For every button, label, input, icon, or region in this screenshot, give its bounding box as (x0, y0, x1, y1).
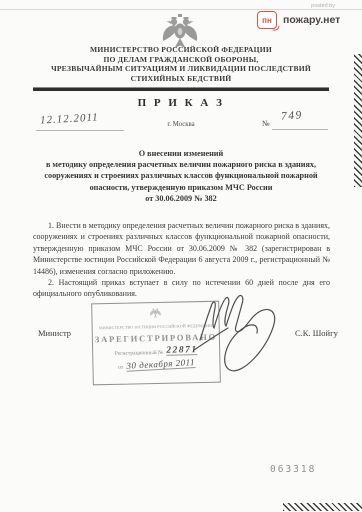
stamp-reg-date-handwritten: 30 декабря 2011 (126, 358, 195, 372)
ministry-line: СТИХИЙНЫХ БЕДСТВИЙ (0, 74, 362, 84)
ministry-line: ЧРЕЗВЫЧАЙНЫМ СИТУАЦИЯМ И ЛИКВИДАЦИИ ПОСЛ… (0, 64, 362, 74)
stamp-from-label: от (118, 365, 123, 371)
order-title-line: опасности, утвержденную приказом МЧС Рос… (18, 182, 344, 193)
binding-hatch-right (354, 54, 362, 187)
serial-number: 063318 (270, 464, 316, 475)
brand-name: пожару.нет (283, 14, 340, 26)
document-type-title: П Р И К А З (0, 97, 362, 109)
logo-tail-shape (272, 24, 279, 31)
number-label: № (262, 119, 270, 128)
stamp-reg-number-label: Регистрационный № (115, 350, 164, 357)
pozharu-net-logo-icon: пн (257, 11, 277, 29)
minister-name: С.К. Шойгу (295, 328, 338, 338)
order-title: О внесении изменений в методику определе… (18, 148, 344, 204)
logo-initials: пн (262, 16, 272, 25)
posted-by-label: posted by (311, 3, 335, 9)
scanned-order-document: posted by пн пожару.нет (0, 0, 362, 512)
order-paragraph-1: 1. Внести в методику определения расчетн… (33, 220, 330, 277)
ministry-line: ПО ДЕЛАМ ГРАЖДАНСКОЙ ОБОРОНЫ, (0, 55, 362, 65)
binding-hatch-bottom (283, 503, 362, 511)
scan-artifact-line (0, 9, 362, 10)
handwritten-order-number: 749 (281, 109, 304, 122)
minister-label: Министр (38, 328, 71, 338)
ministry-line: МИНИСТЕРСТВО РОССИЙСКОЙ ФЕДЕРАЦИИ (0, 45, 362, 55)
ministry-header: МИНИСТЕРСТВО РОССИЙСКОЙ ФЕДЕРАЦИИ ПО ДЕЛ… (0, 45, 362, 83)
order-title-line: в методику определения расчетных величин… (18, 159, 344, 170)
order-title-line: О внесении изменений (18, 148, 344, 159)
date-underline (36, 130, 124, 131)
watermark-brand: пн пожару.нет (257, 11, 340, 29)
place-label: г. Москва (0, 121, 362, 128)
minister-signature (192, 288, 310, 388)
order-title-line: сооружениях и строениях различных классо… (18, 170, 344, 181)
header-divider (33, 87, 329, 91)
stamp-coat-of-arms-icon (148, 306, 162, 324)
order-title-line: от 30.06.2009 № 382 (18, 193, 344, 204)
number-underline (272, 129, 328, 130)
